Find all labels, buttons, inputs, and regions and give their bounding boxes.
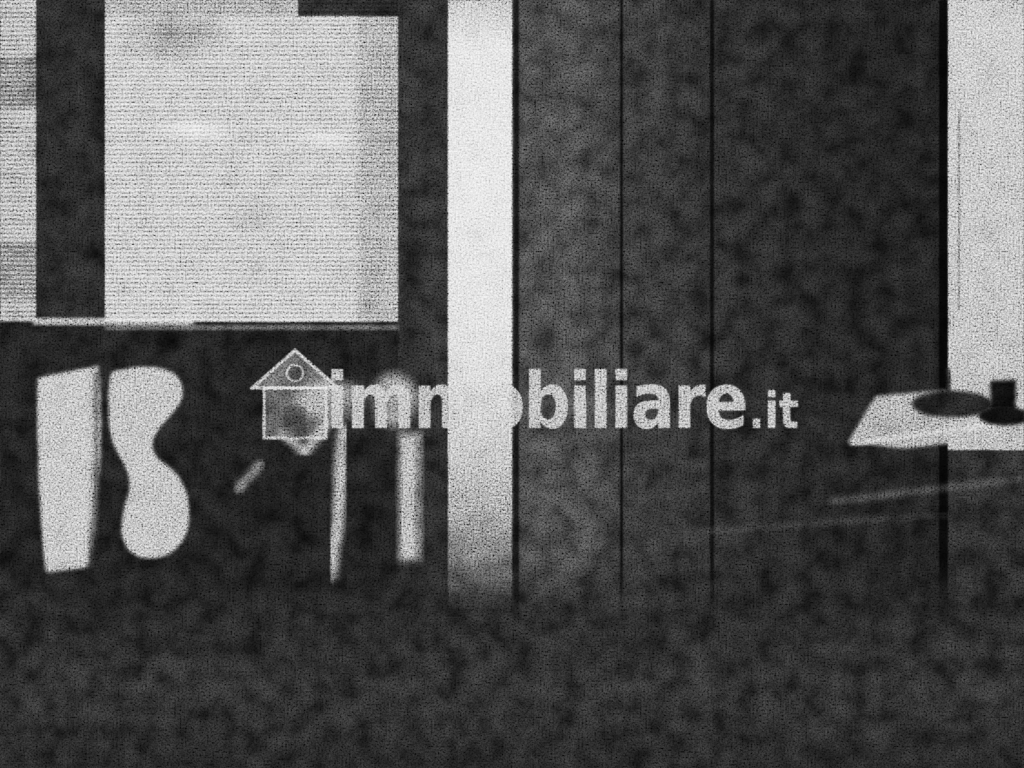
- room-photo: immobiliare.it: [0, 0, 1024, 768]
- window-sill: [33, 318, 193, 325]
- floor: [0, 558, 1024, 768]
- draped-cloth: [37, 366, 189, 572]
- desk-object: [946, 368, 951, 394]
- light-wisps: [236, 374, 422, 582]
- scene-layers: [0, 0, 1024, 768]
- desk-surface: [848, 368, 1024, 448]
- window-sill-faint: [105, 325, 398, 330]
